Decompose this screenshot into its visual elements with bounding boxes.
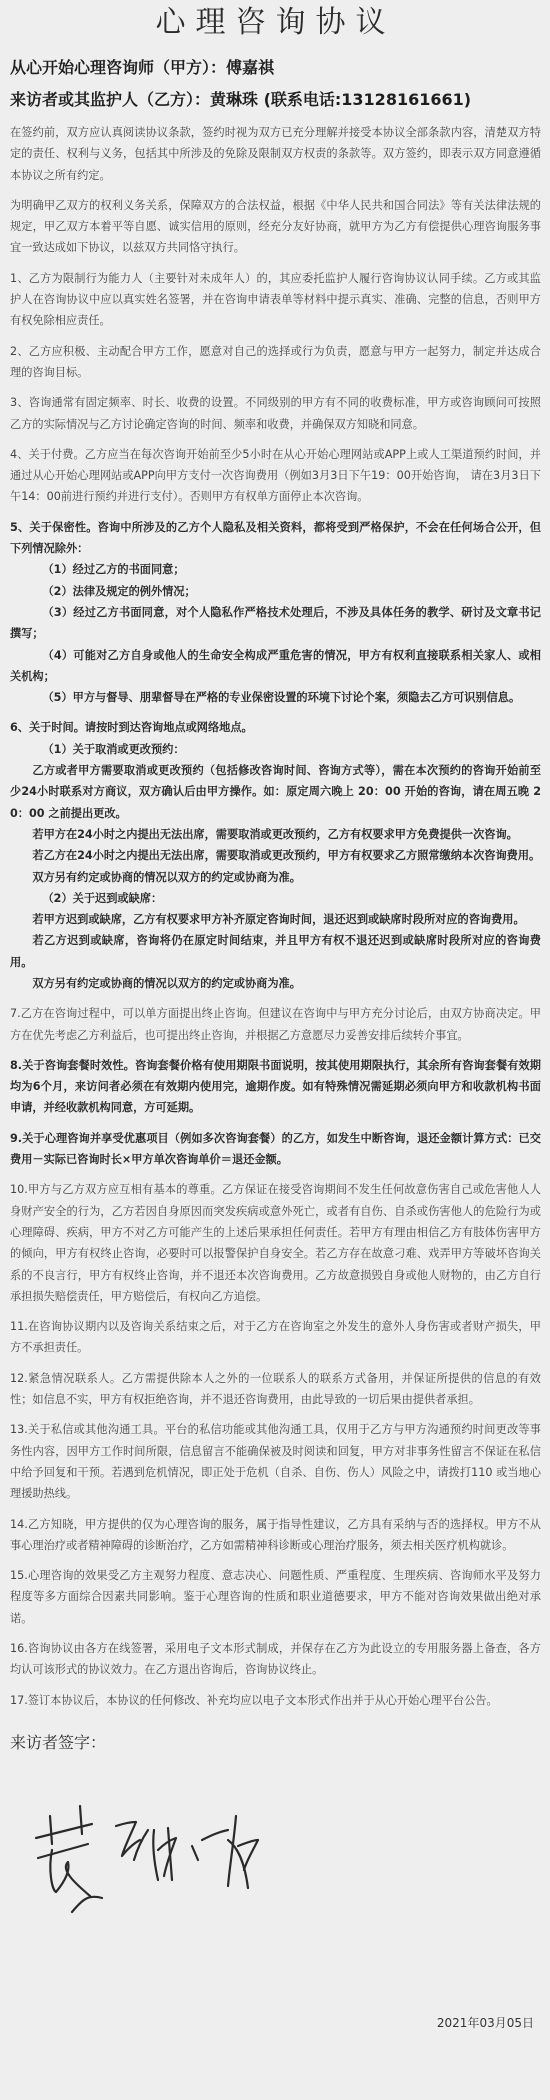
signature-date: 2021年03月05日 [437, 2014, 534, 2031]
clause-6-sub1-para-4: 双方另有约定或协商的情况以双方的约定或协商为准。 [10, 867, 541, 888]
clause-12: 12.紧急情况联系人。乙方需提供除本人之外的一位联系人的联系方式备用，并保证所提… [10, 1368, 541, 1411]
handwritten-signature [30, 1800, 280, 1920]
document-title: 心理咨询协议 [10, 0, 541, 48]
clause-15: 15.心理咨询的效果受乙方主观努力程度、意志决心、问题性质、严重程度、生理疾病、… [10, 1565, 541, 1629]
clause-5-item-1: （1）经过乙方的书面同意； [10, 559, 541, 580]
clause-6-sub1-para-1: 乙方或者甲方需要取消或更改预约（包括修改咨询时间、咨询方式等），需在本次预约的咨… [10, 760, 541, 824]
party-b-line: 来访者或其监护人（乙方）：黄琳珠 (联系电话:13128161661) [10, 90, 541, 110]
clause-5-item-4: （4）可能对乙方自身或他人的生命安全构成严重危害的情况，甲方有权利直接联系相关家… [10, 645, 541, 688]
clause-5-item-2: （2）法律及规定的例外情况； [10, 581, 541, 602]
clause-5-lead: 5、关于保密性。咨询中所涉及的乙方个人隐私及相关资料，都将受到严格保护，不会在任… [10, 517, 541, 560]
agreement-page: 心理咨询协议 从心开始心理咨询师（甲方）：傅嘉祺 来访者或其监护人（乙方）：黄琳… [0, 0, 550, 2100]
clause-6: 6、关于时间。请按时到达咨询地点或网络地点。 （1）关于取消或更改预约： 乙方或… [10, 717, 541, 994]
clause-11: 11.在咨询协议期内以及咨询关系结束之后，对于乙方在咨询室之外发生的意外人身伤害… [10, 1316, 541, 1359]
intro-paragraph: 为明确甲乙双方的权利义务关系，保障双方的合法权益，根据《中华人民共和国合同法》等… [10, 195, 541, 259]
clause-8: 8.关于咨询套餐时效性。咨询套餐价格有使用期限书面说明，按其使用期限执行，其余所… [10, 1055, 541, 1119]
clause-7: 7.乙方在咨询过程中，可以单方面提出终止咨询。但建议在咨询中与甲方充分讨论后，由… [10, 1003, 541, 1046]
clause-6-sub2-title: （2）关于迟到或缺席： [10, 888, 541, 909]
preamble-paragraph: 在签约前，双方应认真阅读协议条款，签约时视为双方已充分理解并接受本协议全部条款内… [10, 122, 541, 186]
clause-10: 10.甲方与乙方双方应互相有基本的尊重。乙方保证在接受咨询期间不发生任何故意伤害… [10, 1179, 541, 1307]
clause-6-sub1-title: （1）关于取消或更改预约： [10, 739, 541, 760]
clause-14: 14.乙方知晓，甲方提供的仅为心理咨询的服务，属于指导性建议，乙方具有采纳与否的… [10, 1514, 541, 1557]
clause-9: 9.关于心理咨询并享受优惠项目（例如多次咨询套餐）的乙方，如发生中断咨询，退还金… [10, 1128, 541, 1171]
clause-3: 3、咨询通常有固定频率、时长、收费的设置。不同级别的甲方有不同的收费标准，甲方或… [10, 392, 541, 435]
clause-16: 16.咨询协议由各方在线签署，采用电子文本形式制成，并保存在乙方为此设立的专用服… [10, 1638, 541, 1681]
clause-6-sub1-para-2: 若甲方在24小时之内提出无法出席，需要取消或更改预约，乙方有权要求甲方免费提供一… [10, 824, 541, 845]
clause-6-sub2-para-2: 若乙方迟到或缺席，咨询将仍在原定时间结束，并且甲方有权不退还迟到或缺席时段所对应… [10, 930, 541, 973]
clause-17: 17.签订本协议后，本协议的任何修改、补充均应以电子文本形式作出并于从心开始心理… [10, 1690, 541, 1711]
clause-5-item-3: （3）经过乙方书面同意，对个人隐私作严格技术处理后，不涉及具体任务的教学、研讨及… [10, 602, 541, 645]
clause-1: 1、乙方为限制行为能力人（主要针对未成年人）的，其应委托监护人履行咨询协议认同手… [10, 268, 541, 332]
clause-6-lead: 6、关于时间。请按时到达咨询地点或网络地点。 [10, 717, 541, 738]
clause-6-sub2-para-1: 若甲方迟到或缺席，乙方有权要求甲方补齐原定咨询时间，退还迟到或缺席时段所对应的咨… [10, 909, 541, 930]
clause-2: 2、乙方应积极、主动配合甲方工作，愿意对自己的选择或行为负责，愿意与甲方一起努力… [10, 341, 541, 384]
clause-5-item-5: （5）甲方与督导、朋辈督导在严格的专业保密设置的环境下讨论个案，须隐去乙方可识别… [10, 687, 541, 708]
clause-6-sub1-para-3: 若乙方在24小时之内提出无法出席，需要取消或更改预约，甲方有权要求乙方照常缴纳本… [10, 845, 541, 866]
clause-13: 13.关于私信或其他沟通工具。平台的私信功能或其他沟通工具，仅用于乙方与甲方沟通… [10, 1419, 541, 1504]
clause-5: 5、关于保密性。咨询中所涉及的乙方个人隐私及相关资料，都将受到严格保护，不会在任… [10, 517, 541, 709]
clause-6-sub2-para-3: 双方另有约定或协商的情况以双方的约定或协商为准。 [10, 973, 541, 994]
party-a-line: 从心开始心理咨询师（甲方）：傅嘉祺 [10, 58, 541, 78]
signature-label: 来访者签字： [10, 1733, 541, 1753]
clause-4: 4、关于付费。乙方应当在每次咨询开始前至少5小时在从心开始心理网站或APP上或人… [10, 444, 541, 508]
